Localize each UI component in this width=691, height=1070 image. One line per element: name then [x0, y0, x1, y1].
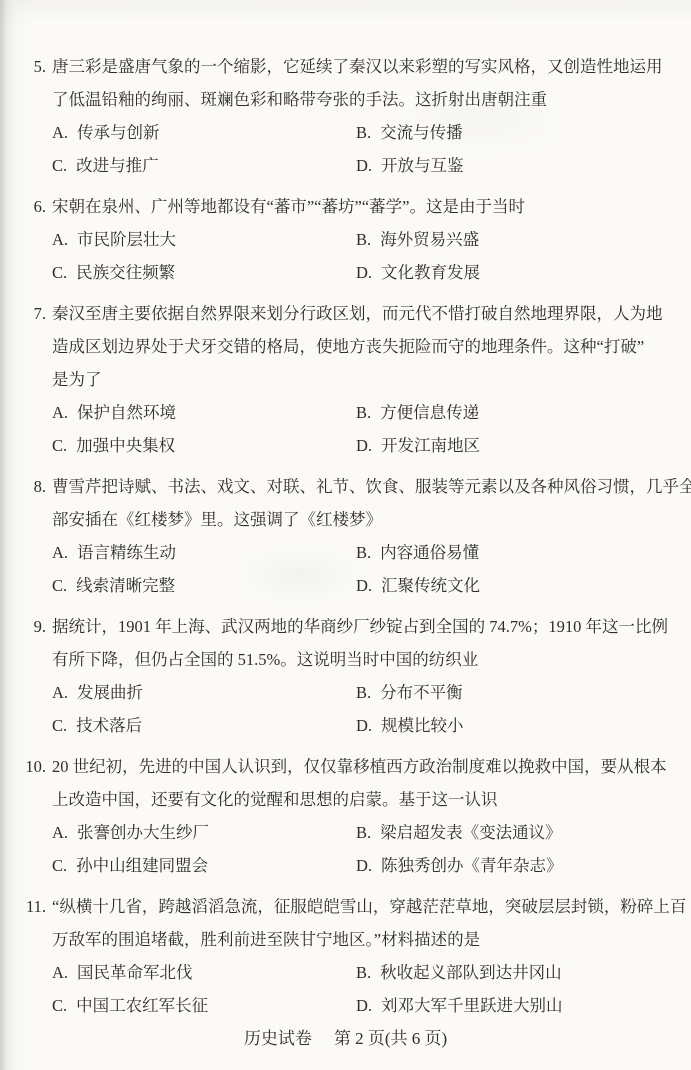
option-label: D.: [356, 709, 372, 742]
option-text: 内容通俗易懂: [380, 536, 479, 569]
option-d: D. 规模比较小: [356, 709, 464, 742]
option-text: 张謇创办大生纱厂: [77, 816, 209, 849]
option-label: D.: [356, 429, 372, 462]
question-text-line: 万敌军的围追堵截，胜利前进至陕甘宁地区。”材料描述的是: [52, 923, 669, 956]
option-c: C. 民族交往频繁: [52, 256, 356, 289]
option-label: B.: [356, 676, 371, 709]
option-c: C. 技术落后: [52, 709, 356, 742]
option-b: B. 分布不平衡: [356, 676, 463, 709]
options-group: A. 发展曲折 B. 分布不平衡 C. 技术落后 D. 规模比较小: [52, 676, 669, 742]
question-number: 8.: [0, 470, 52, 503]
option-a: A. 发展曲折: [52, 676, 356, 709]
option-label: C.: [52, 989, 67, 1022]
option-label: A.: [52, 396, 68, 429]
option-a: A. 保护自然环境: [52, 396, 356, 429]
option-label: A.: [52, 816, 68, 849]
option-b: B. 梁启超发表《变法通议》: [356, 816, 562, 849]
option-label: B.: [356, 956, 371, 989]
option-text: 市民阶层壮大: [77, 223, 176, 256]
option-a: A. 张謇创办大生纱厂: [52, 816, 356, 849]
question-block-8: 8. 曹雪芹把诗赋、书法、戏文、对联、礼节、饮食、服装等元素以及各种风俗习惯，几…: [0, 470, 669, 602]
option-text: 技术落后: [76, 709, 142, 742]
question-text-line: 部安插在《红楼梦》里。这强调了《红楼梦》: [52, 503, 669, 536]
question-number: 5.: [0, 50, 52, 83]
option-a: A. 国民革命军北伐: [52, 956, 356, 989]
option-text: 传承与创新: [77, 116, 160, 149]
option-d: D. 汇聚传统文化: [356, 569, 480, 602]
option-text: 发展曲折: [77, 676, 143, 709]
question-text-line: 宋朝在泉州、广州等地都设有“蕃市”“蕃坊”“蕃学”。这是由于当时: [52, 190, 669, 223]
options-group: A. 张謇创办大生纱厂 B. 梁启超发表《变法通议》 C. 孙中山组建同盟会 D…: [52, 816, 669, 882]
question-block-11: 11. “纵横十几省，跨越滔滔急流，征服皑皑雪山，穿越茫茫草地，突破层层封锁，粉…: [0, 890, 669, 1022]
option-text: 保护自然环境: [77, 396, 176, 429]
option-label: A.: [52, 956, 68, 989]
doc-title: 历史试卷: [244, 1022, 312, 1055]
option-text: 交流与传播: [380, 116, 463, 149]
option-text: 语言精练生动: [77, 536, 176, 569]
option-text: 国民革命军北伐: [77, 956, 193, 989]
option-label: A.: [52, 223, 68, 256]
options-group: A. 市民阶层壮大 B. 海外贸易兴盛 C. 民族交往频繁 D. 文化教育发展: [52, 223, 669, 289]
question-block-6: 6. 宋朝在泉州、广州等地都设有“蕃市”“蕃坊”“蕃学”。这是由于当时 A. 市…: [0, 190, 669, 289]
option-text: 梁启超发表《变法通议》: [380, 816, 562, 849]
option-label: D.: [356, 989, 372, 1022]
question-number: 6.: [0, 190, 52, 223]
option-c: C. 孙中山组建同盟会: [52, 849, 356, 882]
option-text: 规模比较小: [381, 709, 464, 742]
question-block-5: 5. 唐三彩是盛唐气象的一个缩影，它延续了秦汉以来彩塑的写实风格，又创造性地运用…: [0, 50, 669, 182]
option-label: B.: [356, 816, 371, 849]
question-text-line: 了低温铅釉的绚丽、斑斓色彩和略带夸张的手法。这折射出唐朝注重: [52, 83, 669, 116]
question-text-line: 是为了: [52, 363, 669, 396]
option-label: C.: [52, 849, 67, 882]
option-label: C.: [52, 256, 67, 289]
question-number: 11.: [0, 890, 52, 923]
option-b: B. 方便信息传递: [356, 396, 479, 429]
option-text: 加强中央集权: [76, 429, 175, 462]
option-text: 海外贸易兴盛: [380, 223, 479, 256]
option-label: D.: [356, 569, 372, 602]
question-text-line: 秦汉至唐主要依据自然界限来划分行政区划，而元代不惜打破自然地理界限，人为地: [52, 297, 669, 330]
option-d: D. 刘邓大军千里跃进大别山: [356, 989, 563, 1022]
question-text-line: 唐三彩是盛唐气象的一个缩影，它延续了秦汉以来彩塑的写实风格，又创造性地运用: [52, 50, 669, 83]
question-text-line: “纵横十几省，跨越滔滔急流，征服皑皑雪山，穿越茫茫草地，突破层层封锁，粉碎上百: [52, 890, 669, 923]
option-label: C.: [52, 569, 67, 602]
option-text: 改进与推广: [76, 149, 159, 182]
question-text-line: 上改造中国，还要有文化的觉醒和思想的启蒙。基于这一认识: [52, 783, 669, 816]
option-label: B.: [356, 223, 371, 256]
option-d: D. 文化教育发展: [356, 256, 480, 289]
options-group: A. 语言精练生动 B. 内容通俗易懂 C. 线索清晰完整 D. 汇聚传统文化: [52, 536, 669, 602]
question-text-line: 20 世纪初，先进的中国人认识到，仅仅靠移植西方政治制度难以挽救中国，要从根本: [52, 750, 669, 783]
question-number: 9.: [0, 610, 52, 643]
option-label: B.: [356, 116, 371, 149]
option-label: A.: [52, 676, 68, 709]
option-label: A.: [52, 536, 68, 569]
options-group: A. 国民革命军北伐 B. 秋收起义部队到达井冈山 C. 中国工农红军长征 D.…: [52, 956, 669, 1022]
option-a: A. 语言精练生动: [52, 536, 356, 569]
option-label: C.: [52, 429, 67, 462]
option-c: C. 改进与推广: [52, 149, 356, 182]
question-block-7: 7. 秦汉至唐主要依据自然界限来划分行政区划，而元代不惜打破自然地理界限，人为地…: [0, 297, 669, 462]
option-text: 汇聚传统文化: [381, 569, 480, 602]
page-number: 第 2 页(共 6 页): [334, 1022, 447, 1055]
option-text: 文化教育发展: [381, 256, 480, 289]
option-text: 孙中山组建同盟会: [76, 849, 208, 882]
option-label: D.: [356, 849, 372, 882]
option-b: B. 内容通俗易懂: [356, 536, 479, 569]
option-text: 陈独秀创办《青年杂志》: [381, 849, 563, 882]
option-a: A. 市民阶层壮大: [52, 223, 356, 256]
page-footer: 历史试卷 第 2 页(共 6 页): [0, 1022, 691, 1055]
question-number: 10.: [0, 750, 52, 783]
option-c: C. 中国工农红军长征: [52, 989, 356, 1022]
option-label: D.: [356, 149, 372, 182]
option-text: 开放与互鉴: [381, 149, 464, 182]
question-block-9: 9. 据统计，1901 年上海、武汉两地的华商纱厂纱锭占到全国的 74.7%；1…: [0, 610, 669, 742]
option-b: B. 交流与传播: [356, 116, 463, 149]
option-d: D. 开放与互鉴: [356, 149, 464, 182]
options-group: A. 传承与创新 B. 交流与传播 C. 改进与推广 D. 开放与互鉴: [52, 116, 669, 182]
option-b: B. 秋收起义部队到达井冈山: [356, 956, 562, 989]
option-text: 方便信息传递: [380, 396, 479, 429]
exam-page: 5. 唐三彩是盛唐气象的一个缩影，它延续了秦汉以来彩塑的写实风格，又创造性地运用…: [0, 0, 691, 1022]
option-text: 民族交往频繁: [76, 256, 175, 289]
option-label: C.: [52, 709, 67, 742]
question-number: 7.: [0, 297, 52, 330]
option-text: 开发江南地区: [381, 429, 480, 462]
option-c: C. 加强中央集权: [52, 429, 356, 462]
option-text: 刘邓大军千里跃进大别山: [381, 989, 563, 1022]
option-text: 分布不平衡: [380, 676, 463, 709]
question-text-line: 曹雪芹把诗赋、书法、戏文、对联、礼节、饮食、服装等元素以及各种风俗习惯，几乎全: [52, 470, 669, 503]
question-block-10: 10. 20 世纪初，先进的中国人认识到，仅仅靠移植西方政治制度难以挽救中国，要…: [0, 750, 669, 882]
options-group: A. 保护自然环境 B. 方便信息传递 C. 加强中央集权 D. 开发江南地区: [52, 396, 669, 462]
option-d: D. 陈独秀创办《青年杂志》: [356, 849, 563, 882]
option-label: A.: [52, 116, 68, 149]
option-text: 线索清晰完整: [76, 569, 175, 602]
option-d: D. 开发江南地区: [356, 429, 480, 462]
question-text-line: 有所下降，但仍占全国的 51.5%。这说明当时中国的纺织业: [52, 643, 669, 676]
option-a: A. 传承与创新: [52, 116, 356, 149]
option-label: B.: [356, 536, 371, 569]
question-text-line: 造成区划边界处于犬牙交错的格局，使地方丧失扼险而守的地理条件。这种“打破”: [52, 330, 669, 363]
option-label: C.: [52, 149, 67, 182]
question-text-line: 据统计，1901 年上海、武汉两地的华商纱厂纱锭占到全国的 74.7%；1910…: [52, 610, 669, 643]
option-text: 秋收起义部队到达井冈山: [380, 956, 562, 989]
option-c: C. 线索清晰完整: [52, 569, 356, 602]
option-label: D.: [356, 256, 372, 289]
option-text: 中国工农红军长征: [76, 989, 208, 1022]
option-label: B.: [356, 396, 371, 429]
option-b: B. 海外贸易兴盛: [356, 223, 479, 256]
